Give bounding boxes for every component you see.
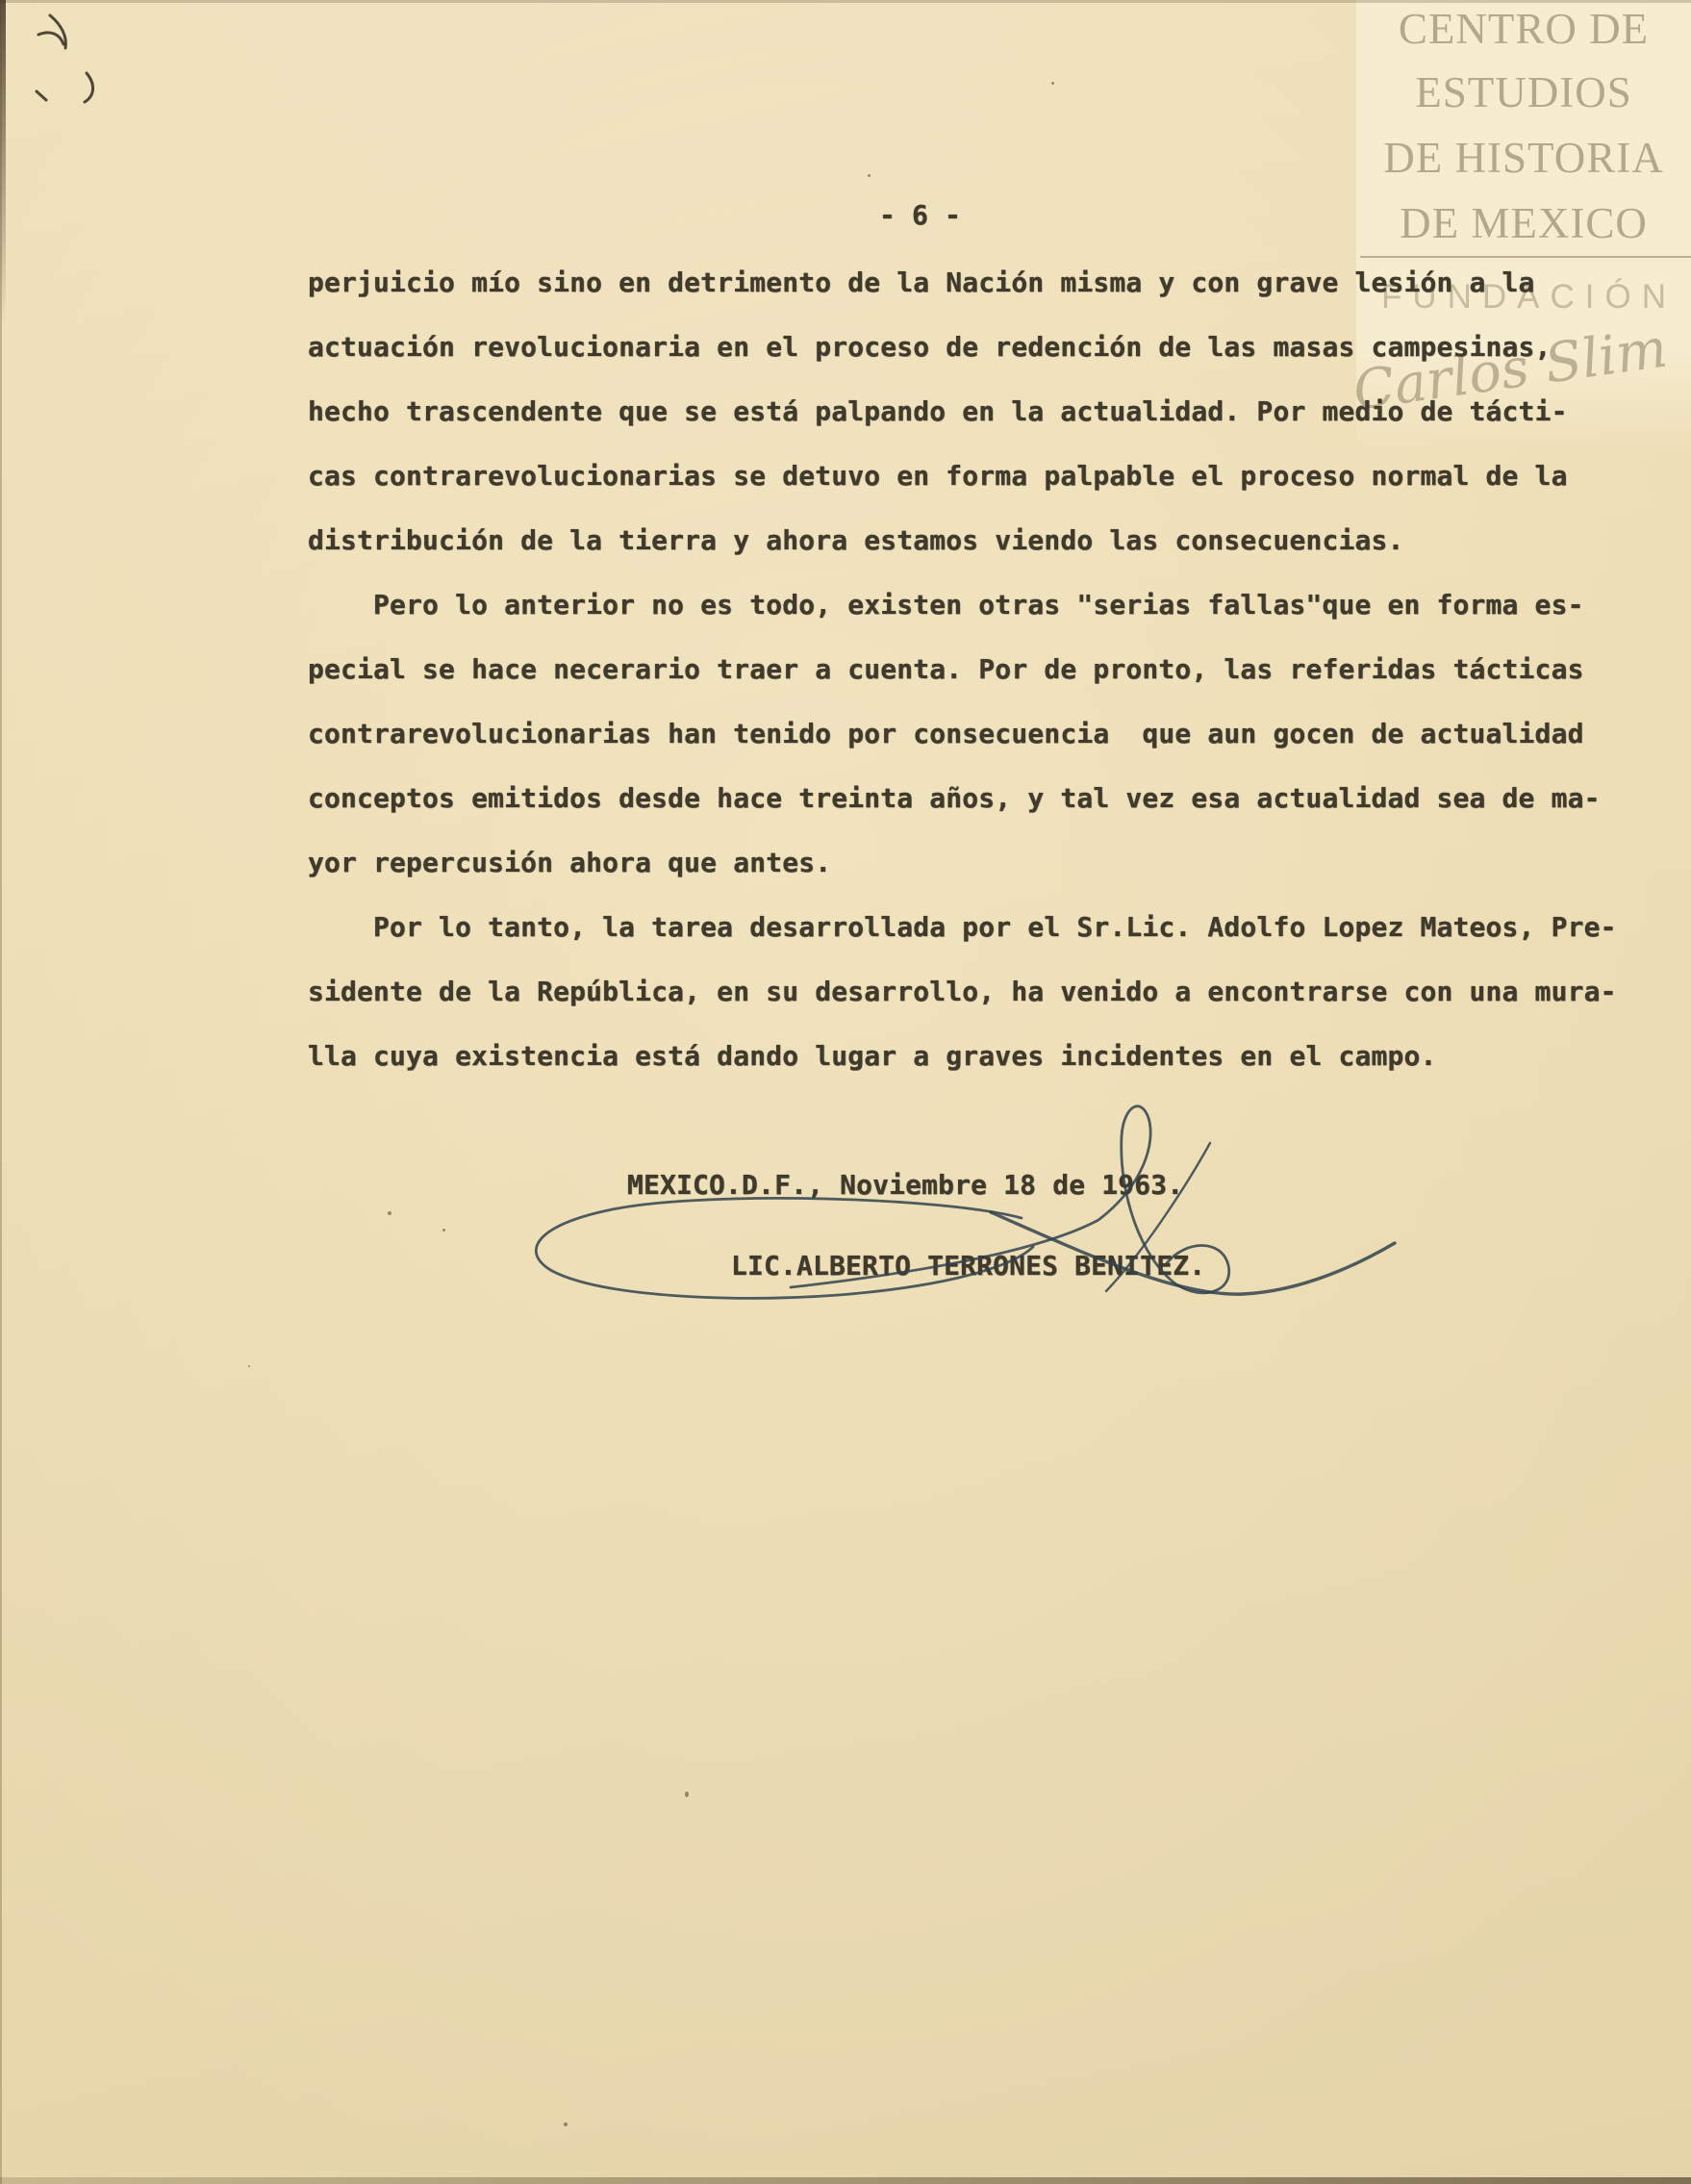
watermark-line-1: CENTRO DE: [1356, 2, 1691, 56]
watermark-line-2: ESTUDIOS: [1356, 65, 1691, 119]
scan-speck: [564, 2122, 568, 2126]
scan-speck: [1051, 82, 1054, 85]
page-number: - 6 -: [879, 183, 961, 247]
scan-edge-shadow-bottom: [0, 2177, 1691, 2184]
text-line: Por lo tanto, la tarea desarrollada por …: [308, 895, 1617, 959]
text-line: perjuicio mío sino en detrimento de la N…: [308, 250, 1617, 315]
typed-signature-name: LIC.ALBERTO TERRONES BENITEZ.: [731, 1233, 1205, 1298]
text-line: pecial se hace necerario traer a cuenta.…: [308, 637, 1617, 701]
watermark-line-3: DE HISTORIA: [1356, 131, 1691, 185]
body-text: perjuicio mío sino en detrimento de la N…: [308, 250, 1617, 1088]
scan-speck: [685, 1791, 689, 1797]
scanned-document-page: CENTRO DE ESTUDIOS DE HISTORIA DE MEXICO…: [0, 0, 1691, 2184]
scan-speck: [868, 174, 871, 177]
text-line: conceptos emitidos desde hace treinta añ…: [308, 766, 1617, 830]
scan-speck: [248, 1365, 250, 1367]
scan-speck: [442, 1229, 445, 1232]
watermark-line-4: DE MEXICO: [1356, 196, 1691, 250]
scan-edge-shadow-top: [0, 0, 1691, 3]
text-line: yor repercusión ahora que antes.: [308, 830, 1617, 895]
dateline: MEXICO.D.F., Noviembre 18 de 1963.: [627, 1153, 1183, 1217]
text-line: sidente de la República, en su desarroll…: [308, 959, 1617, 1024]
text-line: Pero lo anterior no es todo, existen otr…: [308, 572, 1617, 637]
text-line: hecho trascendente que se está palpando …: [308, 379, 1617, 444]
text-line: distribución de la tierra y ahora estamo…: [308, 508, 1617, 572]
text-line: lla cuya existencia está dando lugar a g…: [308, 1024, 1617, 1088]
text-line: contrarevolucionarias han tenido por con…: [308, 701, 1617, 766]
scan-speck: [388, 1211, 391, 1215]
scan-edge-line-left: [0, 0, 2, 2184]
text-line: cas contrarevolucionarias se detuvo en f…: [308, 444, 1617, 508]
text-line: actuación revolucionaria en el proceso d…: [308, 315, 1617, 379]
